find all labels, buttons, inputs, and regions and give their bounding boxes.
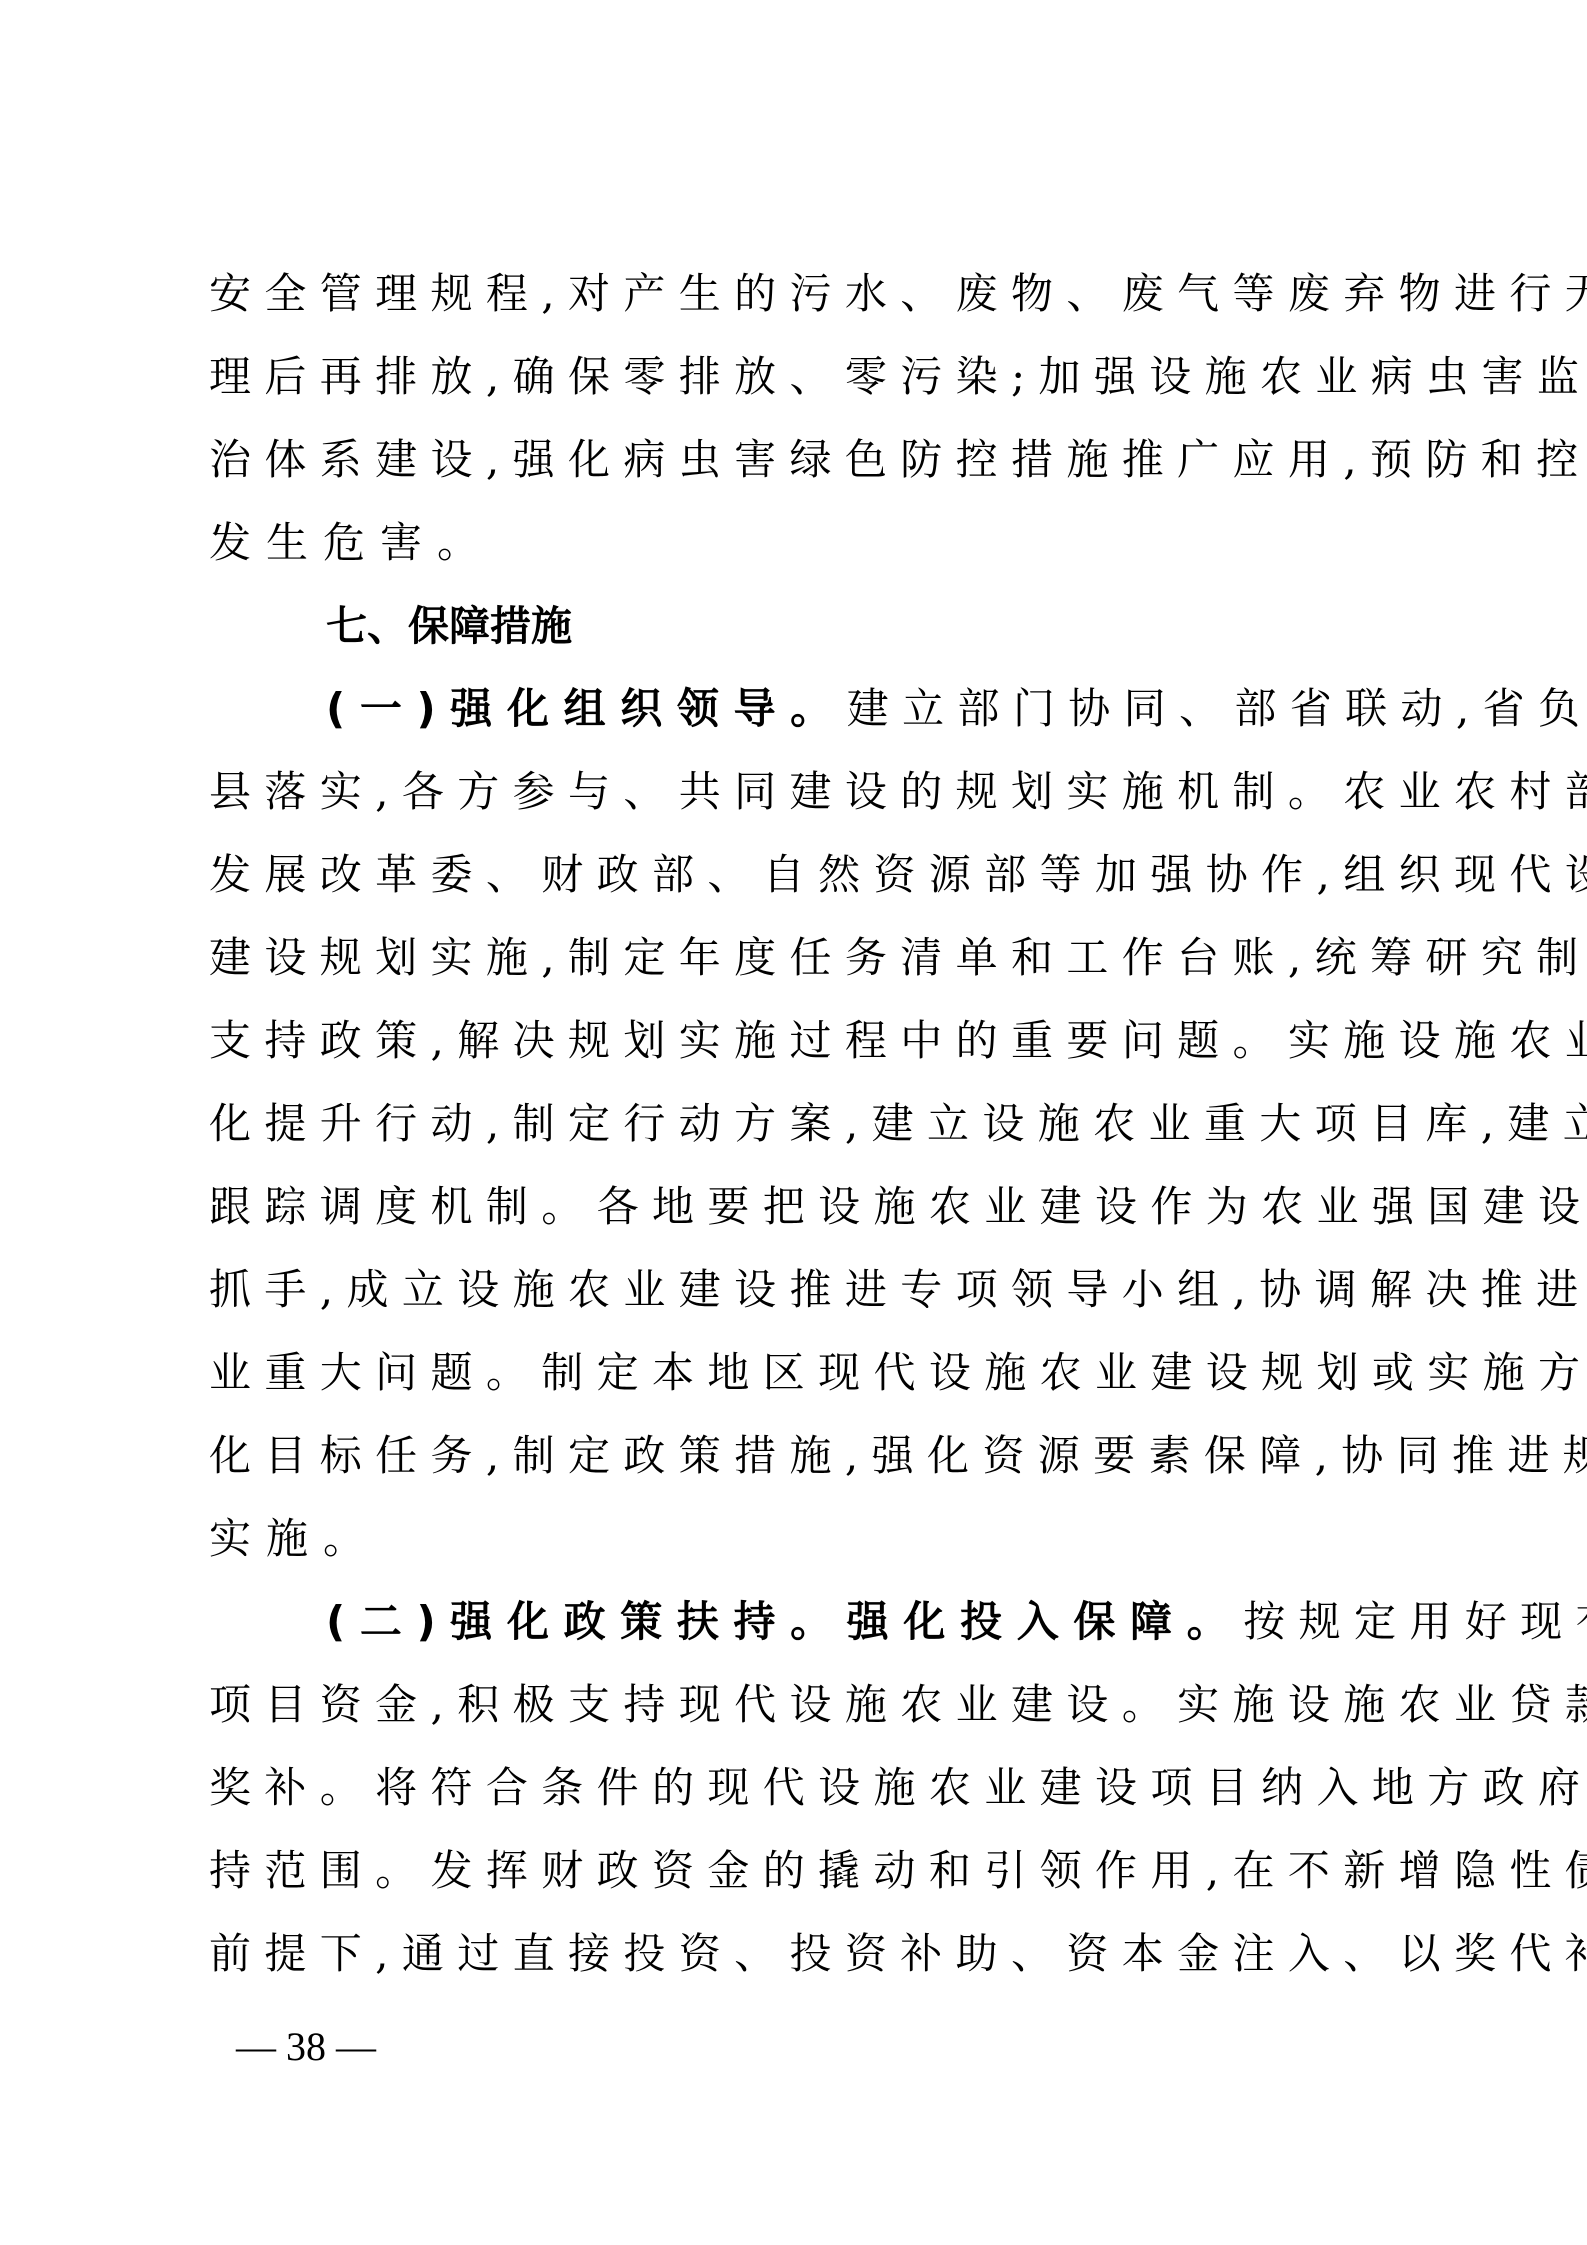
body-line: 化 目 标 任 务 , 制 定 政 策 措 施 , 强 化 资 源 要 素 保 …	[209, 1426, 1379, 1486]
body-line: 奖 补 。 将 符 合 条 件 的 现 代 设 施 农 业 建 设 项 目 纳 …	[209, 1758, 1379, 1818]
body-line: 前 提 下 , 通 过 直 接 投 资 、 投 资 补 助 、 资 本 金 注 …	[209, 1924, 1379, 1984]
body-text: 建 立 部 门 协 同 、 部 省 联 动 , 省 负 总 责 、 市	[847, 684, 1587, 733]
body-line: 跟 踪 调 度 机 制 。 各 地 要 把 设 施 农 业 建 设 作 为 农 …	[209, 1177, 1379, 1237]
body-line: ( 一 ) 强 化 组 织 领 导 。 建 立 部 门 协 同 、 部 省 联 …	[209, 679, 1379, 739]
body-line: ( 二 ) 强 化 政 策 扶 持 。 强 化 投 入 保 障 。 按 规 定 …	[209, 1592, 1379, 1652]
body-line: 发 展 改 革 委 、 财 政 部 、 自 然 资 源 部 等 加 强 协 作 …	[209, 845, 1379, 905]
body-line: 化 提 升 行 动 , 制 定 行 动 方 案 , 建 立 设 施 农 业 重 …	[209, 1094, 1379, 1154]
subsection-title: ( 一 ) 强 化 组 织 领 导 。	[326, 684, 847, 733]
body-line: 治 体 系 建 设 , 强 化 病 虫 害 绿 色 防 控 措 施 推 广 应 …	[209, 430, 1379, 490]
body-line: 建 设 规 划 实 施 , 制 定 年 度 任 务 清 单 和 工 作 台 账 …	[209, 928, 1379, 988]
body-line: 安 全 管 理 规 程 , 对 产 生 的 污 水 、 废 物 、 废 气 等 …	[209, 264, 1379, 324]
page-number: — 38 —	[236, 2022, 376, 2072]
body-line: 县 落 实 , 各 方 参 与 、 共 同 建 设 的 规 划 实 施 机 制 …	[209, 762, 1379, 822]
body-line: 实施。	[209, 1509, 1379, 1569]
section-heading: 七、保障措施	[209, 596, 1379, 656]
body-line: 抓 手 , 成 立 设 施 农 业 建 设 推 进 专 项 领 导 小 组 , …	[209, 1260, 1379, 1320]
body-line: 发生危害。	[209, 513, 1379, 573]
body-line: 支 持 政 策 , 解 决 规 划 实 施 过 程 中 的 重 要 问 题 。 …	[209, 1011, 1379, 1071]
body-text: 按 规 定 用 好 现 有 相 关	[1243, 1597, 1587, 1646]
body-line: 项 目 资 金 , 积 极 支 持 现 代 设 施 农 业 建 设 。 实 施 …	[209, 1675, 1379, 1735]
body-line: 理 后 再 排 放 , 确 保 零 排 放 、 零 污 染 ; 加 强 设 施 …	[209, 347, 1379, 407]
body-line: 业 重 大 问 题 。 制 定 本 地 区 现 代 设 施 农 业 建 设 规 …	[209, 1343, 1379, 1403]
body-line: 持 范 围 。 发 挥 财 政 资 金 的 撬 动 和 引 领 作 用 , 在 …	[209, 1841, 1379, 1901]
subsection-title: ( 二 ) 强 化 政 策 扶 持 。 强 化 投 入 保 障 。	[326, 1597, 1243, 1646]
document-page: 安 全 管 理 规 程 , 对 产 生 的 污 水 、 废 物 、 废 气 等 …	[0, 0, 1587, 2245]
